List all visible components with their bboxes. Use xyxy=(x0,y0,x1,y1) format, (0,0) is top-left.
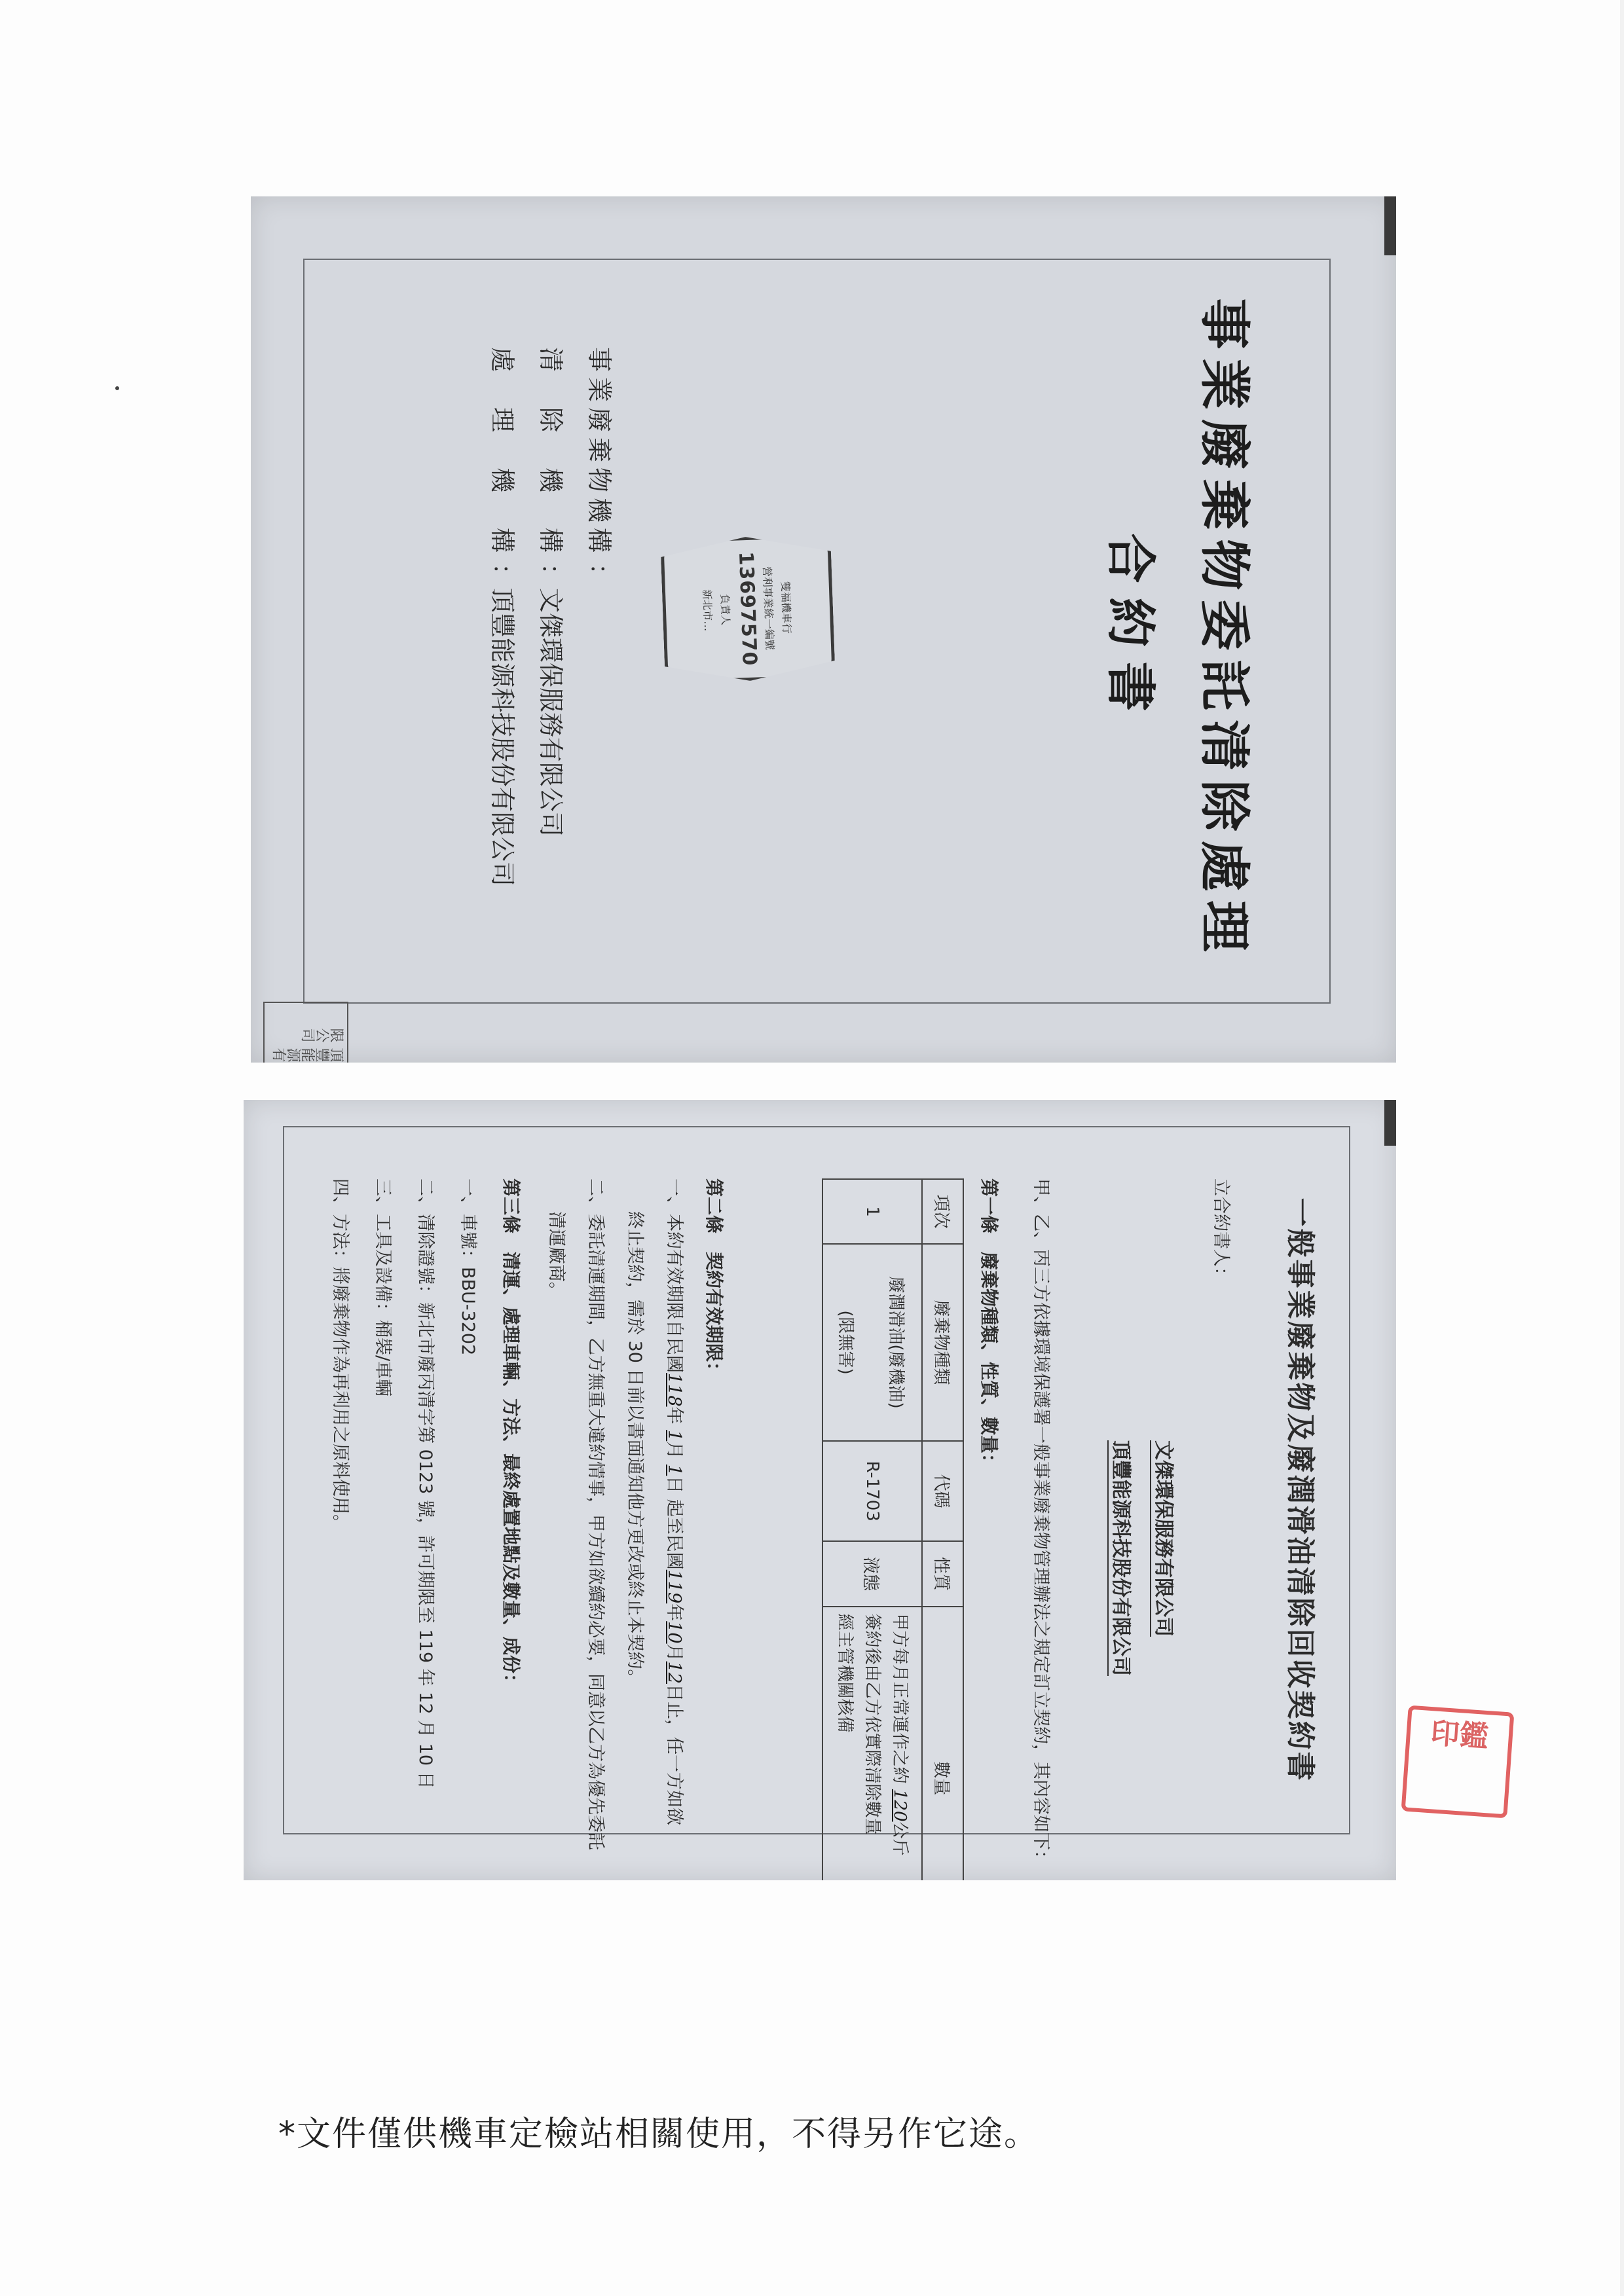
table-row: 1 廢潤滑油(廢機油) (限無害) R-1703 液態 甲方每月正常運作之約 1… xyxy=(822,1179,922,1880)
col-nature: 性質 xyxy=(922,1541,963,1606)
usage-disclaimer: *文件僅供機車定檢站相關使用，不得另作它途。 xyxy=(278,2106,1039,2155)
stamp-top: 雙福機車行 xyxy=(779,581,796,634)
cover-content: 事業廢棄物委託清除處理 合約書 雙福機車行 營利事業統一編號 13697570 … xyxy=(251,196,1396,1063)
scan-page-cover: 事業廢棄物委託清除處理 合約書 雙福機車行 營利事業統一編號 13697570 … xyxy=(251,196,1396,1063)
scan-page-contract: 一般事業廢棄物及廢潤滑油清除回收契約書 立合約書人： 文傑環保服務有限公司 頂豐… xyxy=(244,1100,1396,1880)
company-small-seal: 頂豐能源有限公司 xyxy=(263,1002,348,1063)
cell-type: 廢潤滑油(廢機油) (限無害) xyxy=(822,1244,922,1441)
handwritten-end-year: 119 xyxy=(664,1570,684,1604)
handwritten-start-year: 118 xyxy=(664,1373,684,1407)
equipment: 三、工具及設備：桶裝/車輛 xyxy=(372,1178,397,1396)
renewal-line: 二、委託清運期間，乙方無重大違約情事，甲方如欲續約必要，同意以乙方為優先委託 xyxy=(585,1178,610,1850)
col-type: 廢棄物種類 xyxy=(922,1244,963,1441)
contract-heading: 一般事業廢棄物及廢潤滑油清除回收契約書 xyxy=(1282,1100,1324,1880)
stamp-line3: 新北市… xyxy=(700,589,716,632)
party-row: 清 除 機 構：文傑環保服務有限公司 xyxy=(526,347,575,886)
cell-qty: 甲方每月正常運作之約 120公斤 簽約後由乙方依實際清除數量 經主管機關核備 xyxy=(822,1607,922,1880)
party-label: 清 除 機 構 xyxy=(526,347,575,563)
cell-nature: 液態 xyxy=(822,1541,922,1606)
cell-code: R-1703 xyxy=(822,1441,922,1542)
renewal-line-2: 清運廠商。 xyxy=(545,1211,571,1300)
signer-collector: 文傑環保服務有限公司 xyxy=(1150,1440,1180,1637)
section-3-heading: 第三條 清運、處理車輛、方法、最終處置地點及數量、成份： xyxy=(499,1178,525,1692)
party-list: 事業廢棄物機構： 清 除 機 構：文傑環保服務有限公司 處 理 機 構：頂豐能源… xyxy=(478,347,623,886)
signer-processor: 頂豐能源科技股份有限公司 xyxy=(1107,1440,1137,1676)
contract-content: 一般事業廢棄物及廢潤滑油清除回收契約書 立合約書人： 文傑環保服務有限公司 頂豐… xyxy=(244,1100,1396,1880)
permit-number: 二、清除證號：新北市廢丙清字第 0123 號，許可期限至 119 年 12 月 … xyxy=(415,1178,440,1789)
col-qty: 數量 xyxy=(922,1607,963,1880)
company-stamp: 雙福機車行 營利事業統一編號 13697570 負責人 新北市… xyxy=(660,534,836,684)
col-no: 項次 xyxy=(922,1179,963,1244)
stamp-line1: 營利事業統一編號 xyxy=(760,566,778,650)
table-header-row: 項次 廢棄物種類 代碼 性質 數量 xyxy=(922,1179,963,1880)
contract-subtitle: 合約書 xyxy=(1099,196,1170,1063)
validity-line-2: 終止契約，需於 30 日前以書面通知他方更改或終止本契約。 xyxy=(624,1211,650,1687)
cell-no: 1 xyxy=(822,1179,922,1244)
party-label: 處 理 機 構 xyxy=(478,347,526,563)
stamp-number: 13697570 xyxy=(734,551,761,666)
signers-label: 立合約書人： xyxy=(1210,1178,1236,1285)
contract-title: 事業廢棄物委託清除處理 xyxy=(1192,196,1265,1063)
vehicle-number: 一、車號：BBU-3202 xyxy=(457,1178,483,1355)
col-code: 代碼 xyxy=(922,1441,963,1542)
contract-border xyxy=(283,1126,1350,1834)
method: 四、方法：將廢棄物作為再利用之原料使用。 xyxy=(329,1178,355,1532)
waste-table: 項次 廢棄物種類 代碼 性質 數量 1 廢潤滑油(廢機油) (限無害) R-17… xyxy=(822,1178,964,1880)
outer-red-seal: 印鑑 xyxy=(1401,1705,1515,1819)
party-row: 處 理 機 構：頂豐能源科技股份有限公司 xyxy=(478,347,526,886)
handwritten-qty: 120 xyxy=(890,1789,910,1822)
section-2-heading: 第二條 契約有效期限： xyxy=(702,1178,728,1380)
contract-intro: 甲、乙、丙三方依據環境保護署一般事業廢棄物管理辦法之規定訂立契約，其內容如下： xyxy=(1030,1178,1056,1868)
party-row: 事業廢棄物機構： xyxy=(575,347,623,886)
validity-line: 一、本約有效期限自民國118年 1月 1日 起至民國119年10月12日止，任一… xyxy=(663,1178,689,1825)
scan-speck xyxy=(115,386,119,390)
section-1-heading: 第一條 廢棄物種類、性質、數量： xyxy=(977,1178,1003,1472)
party-value: 文傑環保服務有限公司 xyxy=(536,588,565,837)
paper-edge xyxy=(1620,0,1624,2296)
party-label: 事業廢棄物機構 xyxy=(575,347,623,563)
stamp-line2: 負責人 xyxy=(718,594,735,626)
party-value: 頂豐能源科技股份有限公司 xyxy=(488,588,517,886)
